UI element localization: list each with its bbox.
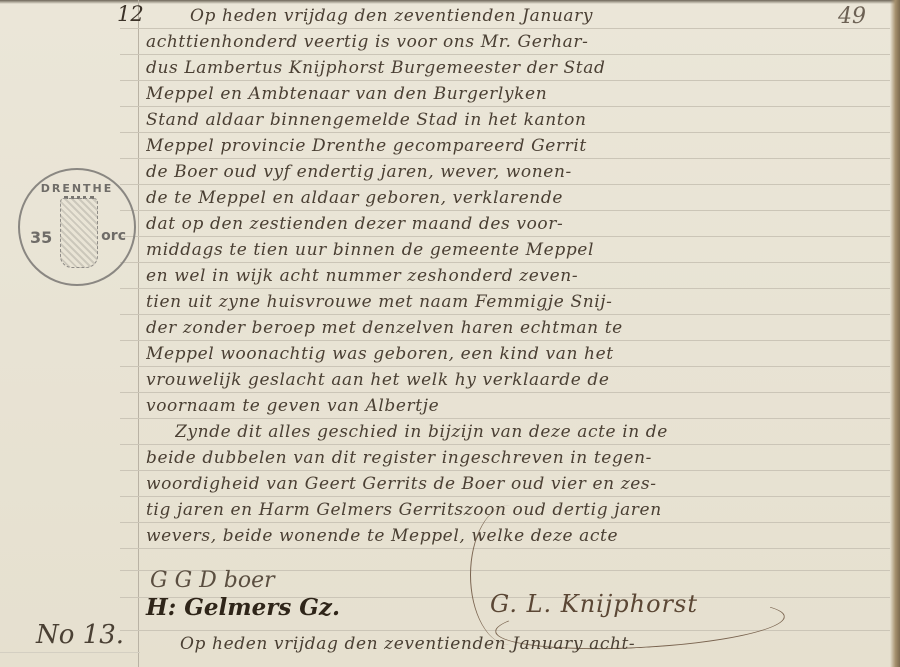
record-line: dus Lambertus Knijphorst Burgemeester de…: [146, 54, 891, 82]
ruled-line: [0, 652, 140, 653]
register-page: 12 49 DRENTHE 35 orc Op heden vrijdag de…: [0, 0, 900, 667]
record-line: der zonder beroep met denzelven haren ec…: [146, 314, 891, 342]
stamp-value-text: 35: [30, 228, 52, 247]
record-line: Meppel en Ambtenaar van den Burgerlyken: [146, 80, 891, 108]
record-line: achttienhonderd veertig is voor ons Mr. …: [146, 28, 891, 56]
record-line: tien uit zyne huisvrouwe met naam Femmig…: [146, 288, 891, 316]
page-binding-edge: [890, 0, 900, 667]
record-line: de te Meppel en aldaar geboren, verklare…: [146, 184, 891, 212]
margin-rule: [138, 0, 139, 667]
record-line: middags te tien uur binnen de gemeente M…: [146, 236, 891, 264]
coat-of-arms-icon: [60, 198, 98, 268]
stamp-province-text: DRENTHE: [20, 182, 134, 195]
record-line: de Boer oud vyf endertig jaren, wever, w…: [146, 158, 891, 186]
record-line: voornaam te geven van Albertje: [146, 392, 891, 420]
record-line: Op heden vrijdag den zeventienden Januar…: [180, 630, 900, 658]
record-line: en wel in wijk acht nummer zeshonderd ze…: [146, 262, 891, 290]
witness-signature-2: H: Gelmers Gz.: [146, 594, 340, 621]
witness-signature-1: G G D boer: [150, 568, 275, 593]
drenthe-stamp: DRENTHE 35 orc: [18, 168, 136, 286]
next-entry-number: No 13.: [36, 620, 124, 650]
record-line: dat op den zestienden dezer maand des vo…: [146, 210, 891, 238]
entry-number: 12: [117, 2, 144, 26]
record-line: vrouwelijk geslacht aan het welk hy verk…: [146, 366, 891, 394]
closing-line: beide dubbelen van dit register ingeschr…: [146, 444, 891, 472]
record-line: Meppel woonachtig was geboren, een kind …: [146, 340, 891, 368]
closing-line: woordigheid van Geert Gerrits de Boer ou…: [146, 470, 891, 498]
record-line: Stand aldaar binnengemelde Stad in het k…: [146, 106, 891, 134]
record-line: Op heden vrijdag den zeventienden Januar…: [190, 2, 900, 30]
record-line: Meppel provincie Drenthe gecompareerd Ge…: [146, 132, 891, 160]
stamp-suffix-text: orc: [101, 228, 126, 244]
closing-line: Zynde dit alles geschied in bijzijn van …: [175, 418, 900, 446]
